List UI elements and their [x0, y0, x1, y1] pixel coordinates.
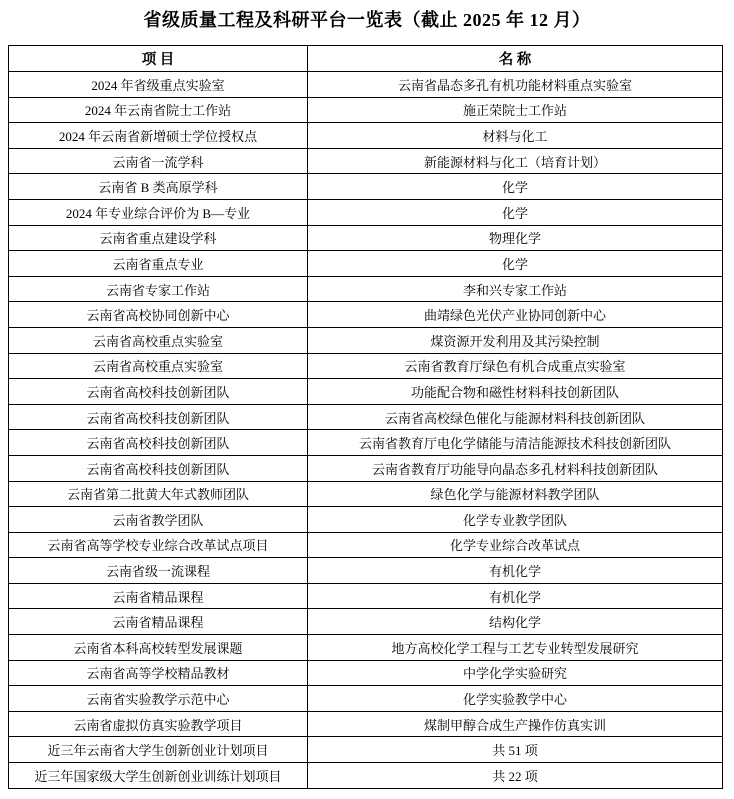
project-cell: 云南省高校科技创新团队: [9, 404, 308, 430]
name-cell: 煤制甲醇合成生产操作仿真实训: [308, 711, 723, 737]
name-cell: 化学: [308, 174, 723, 200]
header-row: 项 目 名 称: [9, 46, 723, 72]
name-cell: 云南省教育厅绿色有机合成重点实验室: [308, 353, 723, 379]
name-cell: 功能配合物和磁性材料科技创新团队: [308, 379, 723, 405]
table-row: 云南省重点建设学科物理化学: [9, 225, 723, 251]
name-cell: 中学化学实验研究: [308, 660, 723, 686]
project-cell: 云南省精品课程: [9, 583, 308, 609]
table-row: 云南省高等学校专业综合改革试点项目化学专业综合改革试点: [9, 532, 723, 558]
name-cell: 共 22 项: [308, 763, 723, 789]
project-cell: 云南省高校协同创新中心: [9, 302, 308, 328]
project-cell: 2024 年云南省新增硕士学位授权点: [9, 123, 308, 149]
name-cell: 结构化学: [308, 609, 723, 635]
table-row: 云南省第二批黄大年式教师团队绿色化学与能源材料教学团队: [9, 481, 723, 507]
project-cell: 云南省高校科技创新团队: [9, 379, 308, 405]
name-cell: 云南省教育厅电化学储能与清洁能源技术科技创新团队: [308, 430, 723, 456]
project-cell: 2024 年云南省院士工作站: [9, 97, 308, 123]
header-project: 项 目: [9, 46, 308, 72]
name-cell: 化学专业综合改革试点: [308, 532, 723, 558]
platform-table: 项 目 名 称 2024 年省级重点实验室云南省晶态多孔有机功能材料重点实验室2…: [8, 45, 723, 789]
project-cell: 近三年云南省大学生创新创业计划项目: [9, 737, 308, 763]
name-cell: 物理化学: [308, 225, 723, 251]
project-cell: 云南省本科高校转型发展课题: [9, 635, 308, 661]
table-row: 2024 年云南省新增硕士学位授权点材料与化工: [9, 123, 723, 149]
project-cell: 云南省虚拟仿真实验教学项目: [9, 711, 308, 737]
name-cell: 有机化学: [308, 583, 723, 609]
project-cell: 云南省专家工作站: [9, 276, 308, 302]
project-cell: 云南省重点专业: [9, 251, 308, 277]
project-cell: 云南省重点建设学科: [9, 225, 308, 251]
name-cell: 化学: [308, 199, 723, 225]
name-cell: 材料与化工: [308, 123, 723, 149]
name-cell: 有机化学: [308, 558, 723, 584]
table-row: 2024 年省级重点实验室云南省晶态多孔有机功能材料重点实验室: [9, 72, 723, 98]
table-row: 云南省精品课程结构化学: [9, 609, 723, 635]
table-row: 云南省高校协同创新中心曲靖绿色光伏产业协同创新中心: [9, 302, 723, 328]
name-cell: 云南省高校绿色催化与能源材料科技创新团队: [308, 404, 723, 430]
table-row: 近三年云南省大学生创新创业计划项目共 51 项: [9, 737, 723, 763]
project-cell: 云南省高校科技创新团队: [9, 430, 308, 456]
project-cell: 云南省高校科技创新团队: [9, 455, 308, 481]
project-cell: 云南省高等学校精品教材: [9, 660, 308, 686]
name-cell: 新能源材料与化工（培育计划）: [308, 148, 723, 174]
table-row: 云南省重点专业化学: [9, 251, 723, 277]
table-row: 云南省一流学科新能源材料与化工（培育计划）: [9, 148, 723, 174]
table-row: 云南省高校科技创新团队云南省教育厅功能导向晶态多孔材料科技创新团队: [9, 455, 723, 481]
project-cell: 云南省高等学校专业综合改革试点项目: [9, 532, 308, 558]
project-cell: 2024 年省级重点实验室: [9, 72, 308, 98]
project-cell: 云南省精品课程: [9, 609, 308, 635]
table-row: 云南省实验教学示范中心化学实验教学中心: [9, 686, 723, 712]
project-cell: 云南省第二批黄大年式教师团队: [9, 481, 308, 507]
table-row: 云南省虚拟仿真实验教学项目煤制甲醇合成生产操作仿真实训: [9, 711, 723, 737]
page-title: 省级质量工程及科研平台一览表（截止 2025 年 12 月）: [0, 8, 734, 32]
table-row: 2024 年专业综合评价为 B—专业化学: [9, 199, 723, 225]
table-row: 云南省 B 类高原学科化学: [9, 174, 723, 200]
table-row: 2024 年云南省院士工作站施正荣院士工作站: [9, 97, 723, 123]
name-cell: 李和兴专家工作站: [308, 276, 723, 302]
name-cell: 地方高校化学工程与工艺专业转型发展研究: [308, 635, 723, 661]
table-row: 云南省高校科技创新团队功能配合物和磁性材料科技创新团队: [9, 379, 723, 405]
name-cell: 煤资源开发利用及其污染控制: [308, 327, 723, 353]
table-row: 云南省高等学校精品教材中学化学实验研究: [9, 660, 723, 686]
table-row: 云南省精品课程有机化学: [9, 583, 723, 609]
project-cell: 云南省 B 类高原学科: [9, 174, 308, 200]
name-cell: 云南省教育厅功能导向晶态多孔材料科技创新团队: [308, 455, 723, 481]
document-page: 省级质量工程及科研平台一览表（截止 2025 年 12 月） 项 目 名 称 2…: [0, 0, 734, 799]
name-cell: 化学专业教学团队: [308, 507, 723, 533]
table-body: 2024 年省级重点实验室云南省晶态多孔有机功能材料重点实验室2024 年云南省…: [9, 72, 723, 789]
table-row: 云南省教学团队化学专业教学团队: [9, 507, 723, 533]
table-row: 云南省高校重点实验室煤资源开发利用及其污染控制: [9, 327, 723, 353]
table-row: 云南省本科高校转型发展课题地方高校化学工程与工艺专业转型发展研究: [9, 635, 723, 661]
table-row: 云南省专家工作站李和兴专家工作站: [9, 276, 723, 302]
name-cell: 化学实验教学中心: [308, 686, 723, 712]
table-row: 云南省高校重点实验室云南省教育厅绿色有机合成重点实验室: [9, 353, 723, 379]
name-cell: 共 51 项: [308, 737, 723, 763]
table-row: 近三年国家级大学生创新创业训练计划项目共 22 项: [9, 763, 723, 789]
name-cell: 施正荣院士工作站: [308, 97, 723, 123]
project-cell: 云南省一流学科: [9, 148, 308, 174]
project-cell: 2024 年专业综合评价为 B—专业: [9, 199, 308, 225]
name-cell: 绿色化学与能源材料教学团队: [308, 481, 723, 507]
name-cell: 曲靖绿色光伏产业协同创新中心: [308, 302, 723, 328]
project-cell: 近三年国家级大学生创新创业训练计划项目: [9, 763, 308, 789]
name-cell: 云南省晶态多孔有机功能材料重点实验室: [308, 72, 723, 98]
project-cell: 云南省高校重点实验室: [9, 353, 308, 379]
table-row: 云南省高校科技创新团队云南省教育厅电化学储能与清洁能源技术科技创新团队: [9, 430, 723, 456]
project-cell: 云南省级一流课程: [9, 558, 308, 584]
table-row: 云南省高校科技创新团队云南省高校绿色催化与能源材料科技创新团队: [9, 404, 723, 430]
project-cell: 云南省教学团队: [9, 507, 308, 533]
project-cell: 云南省实验教学示范中心: [9, 686, 308, 712]
project-cell: 云南省高校重点实验室: [9, 327, 308, 353]
table-row: 云南省级一流课程有机化学: [9, 558, 723, 584]
name-cell: 化学: [308, 251, 723, 277]
header-name: 名 称: [308, 46, 723, 72]
